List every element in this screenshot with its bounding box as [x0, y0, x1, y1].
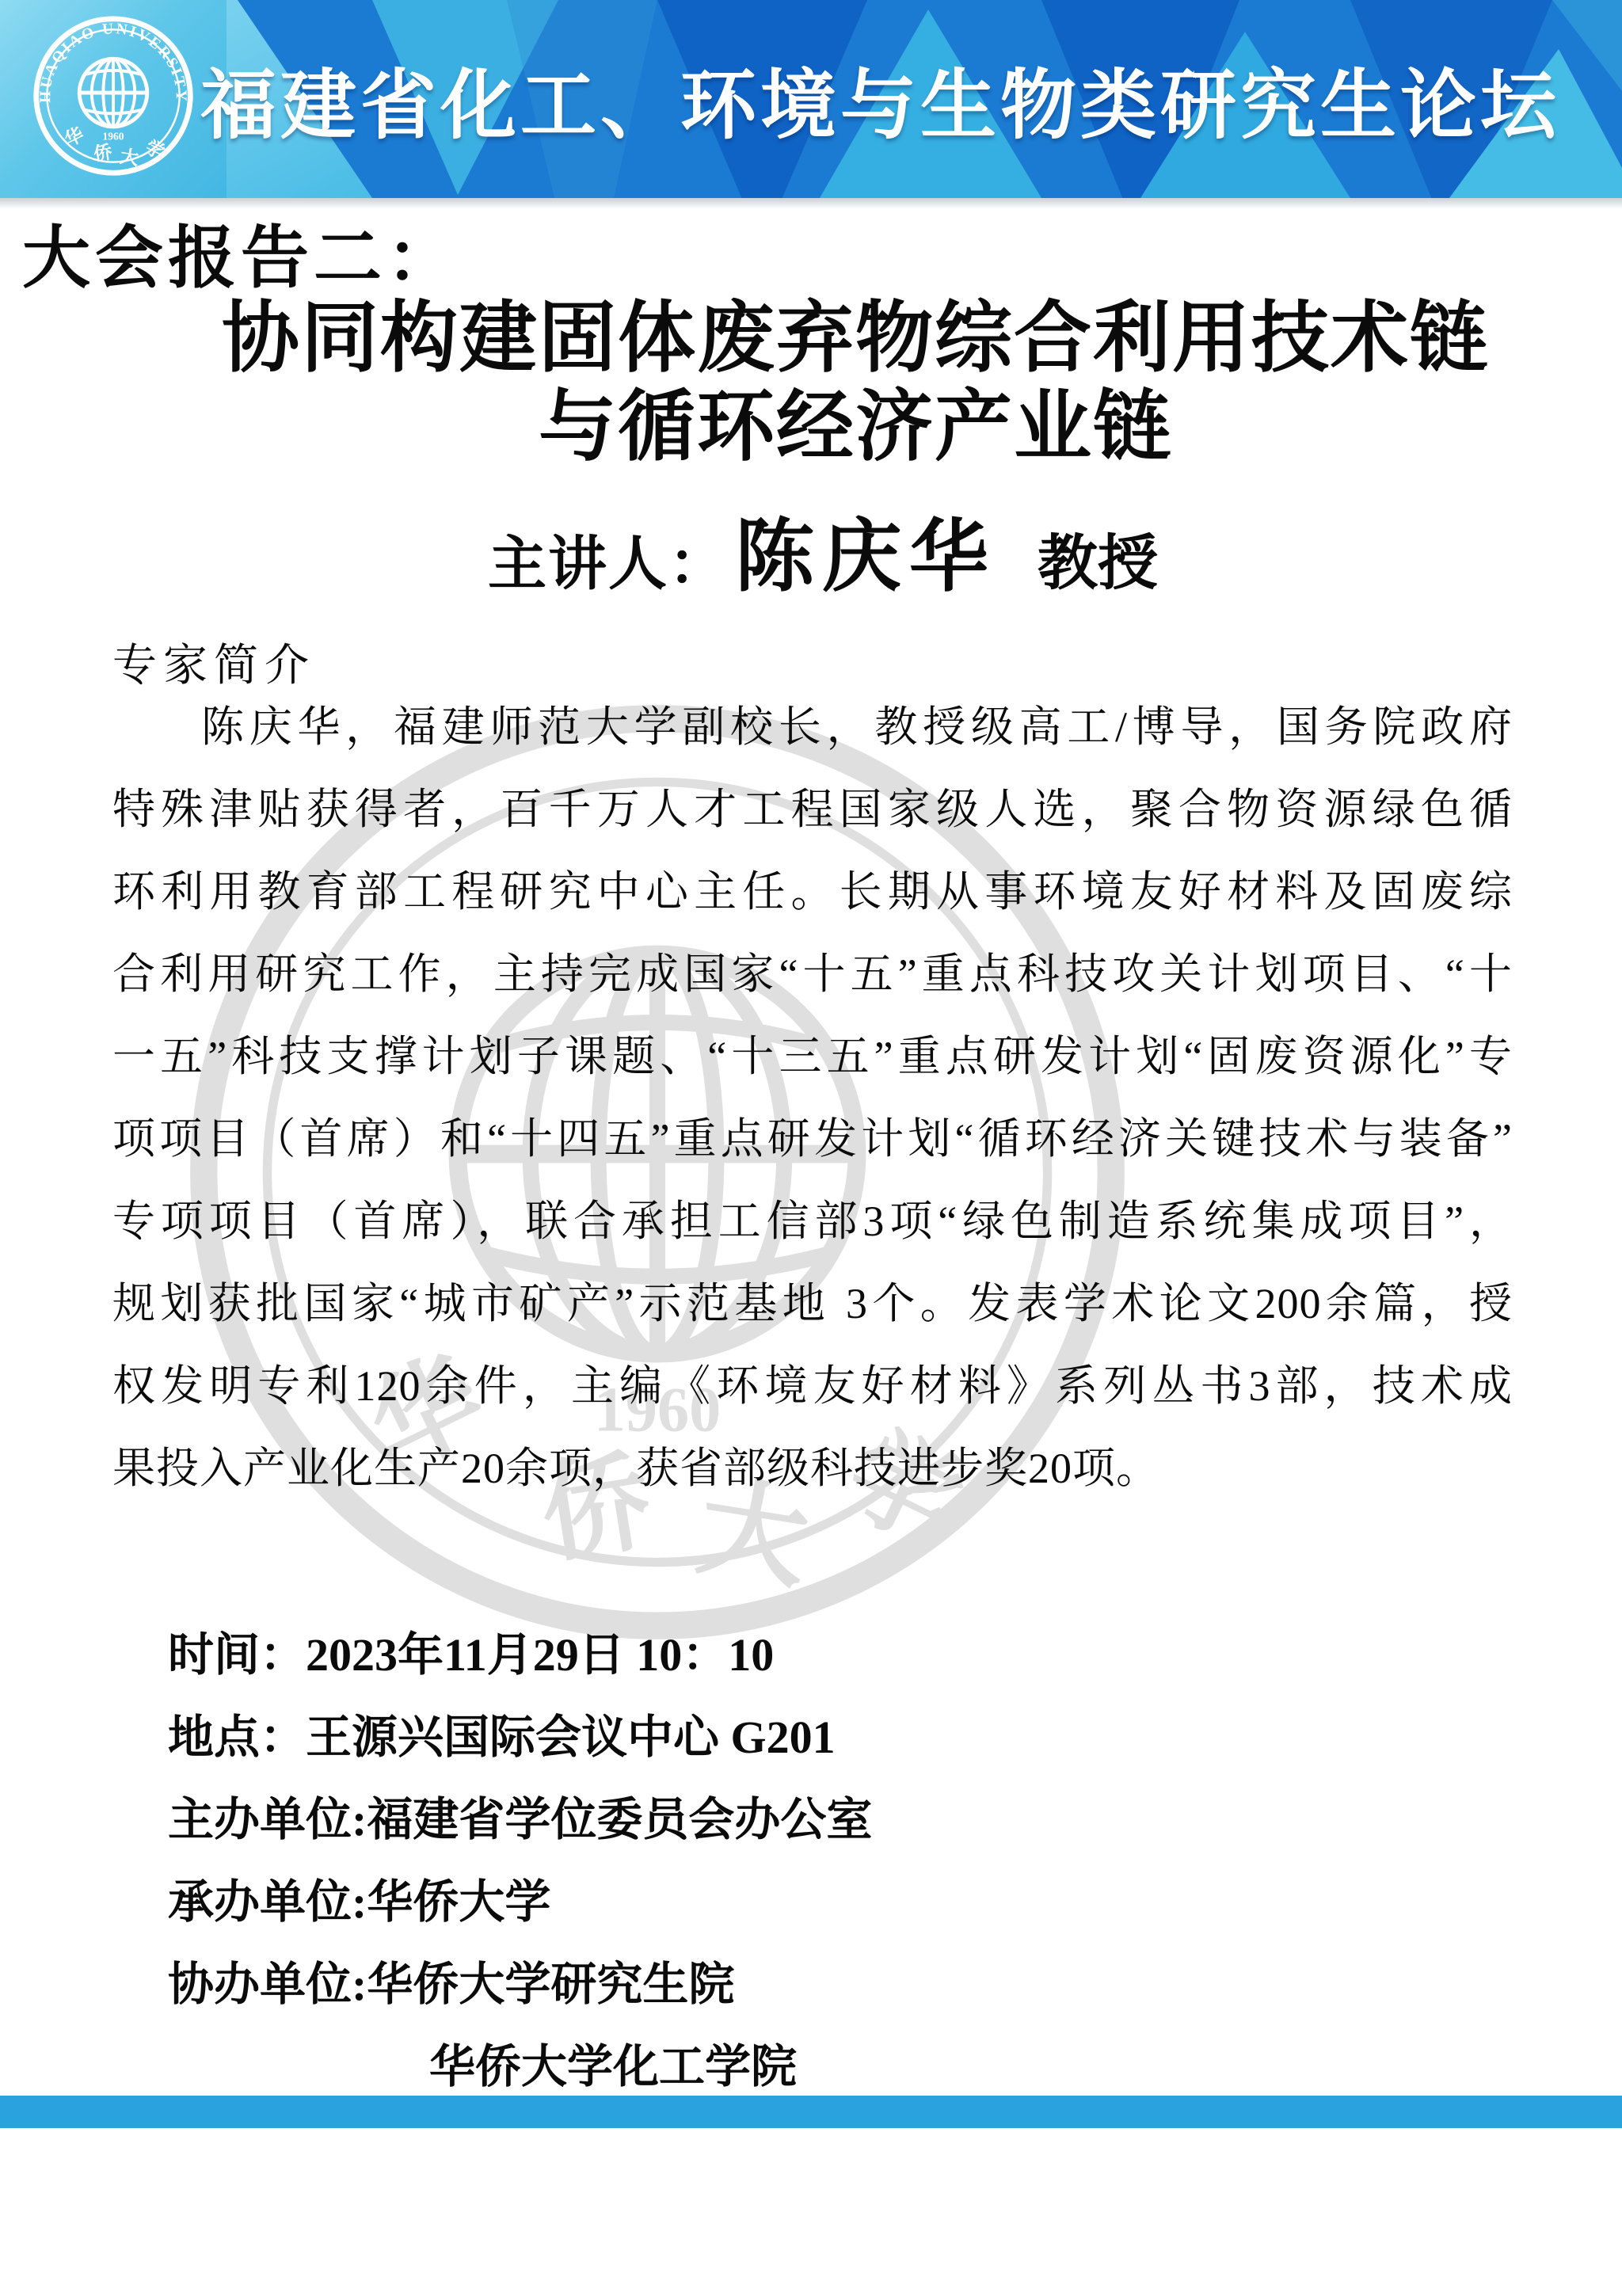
report-title-line1: 协同构建固体废弃物综合利用技术链: [79, 295, 1622, 383]
bio-line: 权发明专利120余件，主编《环境友好材料》系列丛书3部，技术成: [112, 1345, 1513, 1427]
logo-year: 1960: [102, 130, 124, 142]
header-banner: HUAQIAO UNIVERSITY 1960 华 侨 大 学: [0, 0, 1622, 198]
university-logo-panel: HUAQIAO UNIVERSITY 1960 华 侨 大 学: [0, 0, 227, 198]
footer-accent-bar: [0, 2096, 1622, 2128]
speaker-row: 主讲人： 陈庆华 教授: [24, 493, 1622, 607]
bio-line: 规划获批国家“城市矿产”示范基地 3个。发表学术论文200余篇，授: [112, 1262, 1513, 1345]
detail-co-organizer: 协办单位:华侨大学研究生院: [168, 1944, 872, 2026]
speaker-academic-title: 教授: [1038, 515, 1158, 601]
bio-paragraph: 陈庆华，福建师范大学副校长，教授级高工/博导，国务院政府 特殊津贴获得者，百千万…: [112, 686, 1513, 1510]
huaqiao-university-logo-icon: HUAQIAO UNIVERSITY 1960 华 侨 大 学: [29, 11, 198, 181]
bio-line: 果投入产业化生产20余项，获省部级科技进步奖20项。: [112, 1427, 1513, 1510]
svg-text:学: 学: [142, 136, 168, 164]
svg-text:大: 大: [119, 146, 141, 169]
detail-host: 主办单位:福建省学位委员会办公室: [168, 1779, 872, 1861]
bio-line: 一五”科技支撑计划子课题、“十三五”重点研发计划“固废资源化”专: [112, 1015, 1513, 1098]
bio-line: 特殊津贴获得者，百千万人才工程国家级人选，聚合物资源绿色循: [112, 768, 1513, 851]
detail-venue: 地点：王源兴国际会议中心 G201: [168, 1696, 872, 1779]
forum-title: 福建省化工、环境与生物类研究生论坛: [200, 45, 1560, 154]
bio-line: 陈庆华，福建师范大学副校长，教授级高工/博导，国务院政府: [112, 686, 1513, 768]
bio-line: 项项目（首席）和“十四五”重点研发计划“循环经济关键技术与装备”: [112, 1098, 1513, 1180]
report-number-label: 大会报告二：: [22, 203, 459, 301]
globe-icon: [79, 59, 147, 127]
bio-section-title: 专家简介: [112, 630, 315, 694]
speaker-label: 主讲人：: [488, 517, 729, 601]
detail-organizer: 承办单位:华侨大学: [168, 1861, 872, 1944]
svg-text:华: 华: [61, 124, 87, 150]
report-title-line2: 与循环经济产业链: [79, 383, 1622, 472]
event-details: 时间：2023年11月29日 10：10 地点：王源兴国际会议中心 G201 主…: [168, 1614, 872, 2108]
report-title: 协同构建固体废弃物综合利用技术链 与循环经济产业链: [79, 295, 1622, 472]
bio-line: 专项项目（首席），联合承担工信部3项“绿色制造系统集成项目”，: [112, 1180, 1513, 1262]
svg-text:侨: 侨: [92, 141, 113, 165]
detail-time: 时间：2023年11月29日 10：10: [168, 1614, 872, 1696]
bio-line: 合利用研究工作，主持完成国家“十五”重点科技攻关计划项目、“十: [112, 933, 1513, 1015]
poster-page: HUAQIAO UNIVERSITY 1960 华 侨 大 学: [0, 0, 1622, 2296]
bio-line: 环利用教育部工程研究中心主任。长期从事环境友好材料及固废综: [112, 851, 1513, 933]
speaker-name: 陈庆华: [735, 493, 996, 607]
